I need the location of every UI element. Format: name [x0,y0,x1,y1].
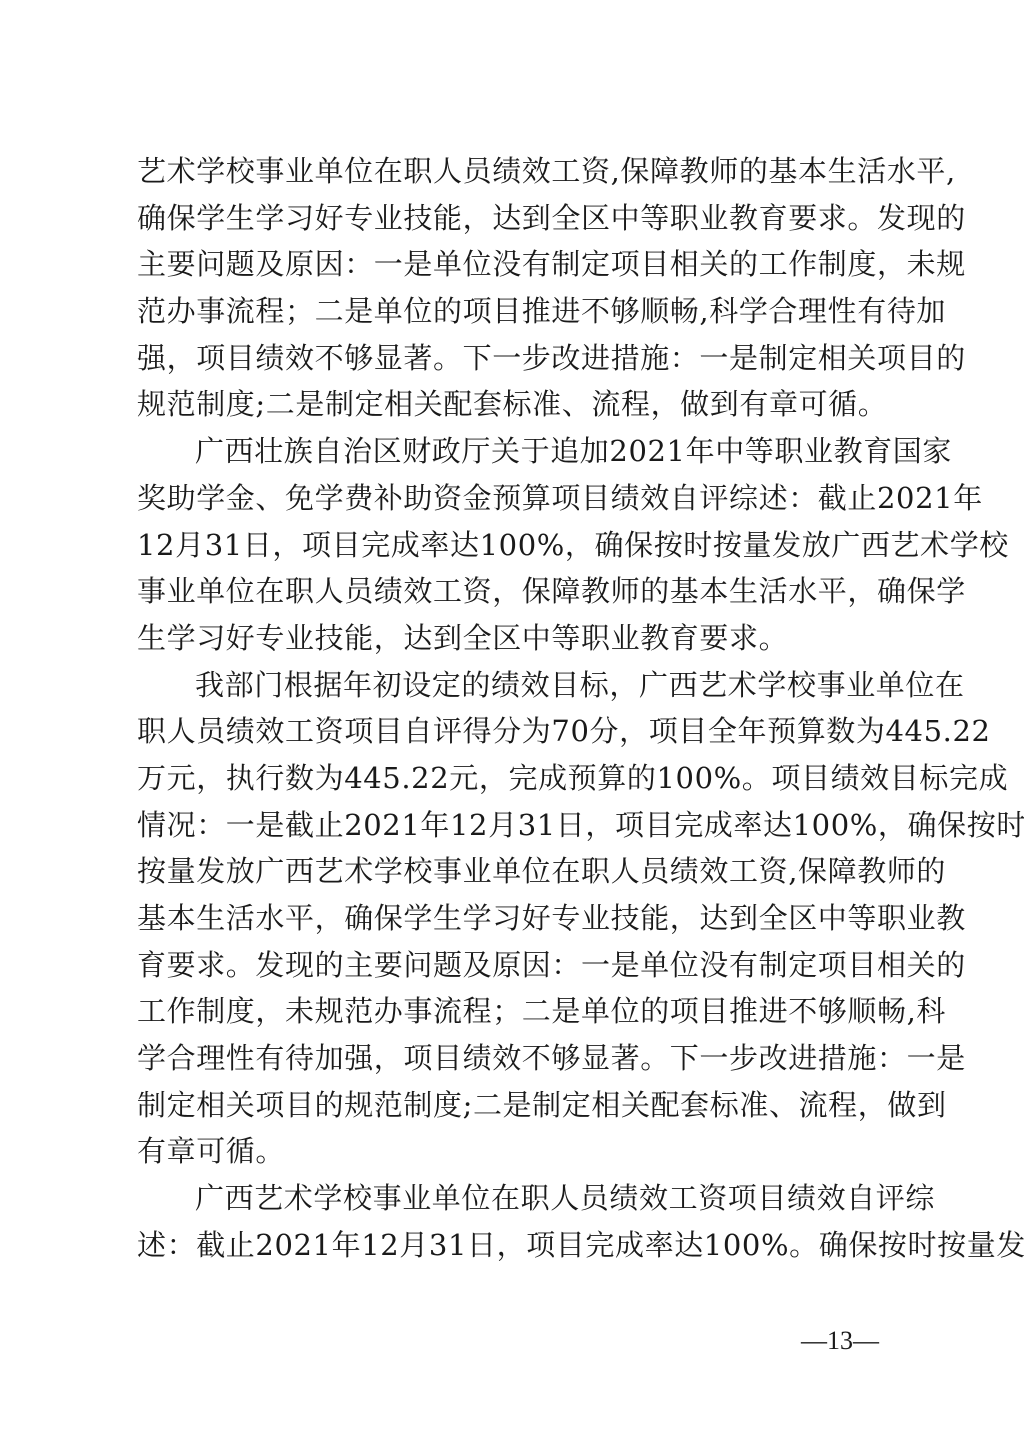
text-line: 12月31日，项目完成率达100%，确保按时按量发放广西艺术学校 [137,522,898,569]
paragraph-4: 广西艺术学校事业单位在职人员绩效工资项目绩效自评综 述：截止2021年12月31… [137,1175,898,1268]
paragraph-3: 我部门根据年初设定的绩效目标，广西艺术学校事业单位在 职人员绩效工资项目自评得分… [137,662,898,1176]
text-line: 事业单位在职人员绩效工资，保障教师的基本生活水平，确保学 [137,568,898,615]
text-line: 有章可循。 [137,1128,898,1175]
document-page: 艺术学校事业单位在职人员绩效工资,保障教师的基本生活水平, 确保学生学习好专业技… [0,0,1024,1448]
text-line: 制定相关项目的规范制度;二是制定相关配套标准、流程，做到 [137,1082,898,1129]
text-line: 广西壮族自治区财政厅关于追加2021年中等职业教育国家 [137,428,898,475]
text-line: 学合理性有待加强，项目绩效不够显著。下一步改进措施：一是 [137,1035,898,1082]
text-line: 情况：一是截止2021年12月31日，项目完成率达100%，确保按时 [137,802,898,849]
text-line: 基本生活水平，确保学生学习好专业技能，达到全区中等职业教 [137,895,898,942]
text-line: 工作制度，未规范办事流程；二是单位的项目推进不够顺畅,科 [137,988,898,1035]
page-number: —13— [800,1326,880,1356]
text-line: 强，项目绩效不够显著。下一步改进措施：一是制定相关项目的 [137,335,898,382]
body-text: 艺术学校事业单位在职人员绩效工资,保障教师的基本生活水平, 确保学生学习好专业技… [137,148,898,1269]
text-line: 确保学生学习好专业技能，达到全区中等职业教育要求。发现的 [137,195,898,242]
text-line: 职人员绩效工资项目自评得分为70分，项目全年预算数为445.22 [137,708,898,755]
text-line: 育要求。发现的主要问题及原因：一是单位没有制定项目相关的 [137,942,898,989]
text-line: 范办事流程；二是单位的项目推进不够顺畅,科学合理性有待加 [137,288,898,335]
text-line: 广西艺术学校事业单位在职人员绩效工资项目绩效自评综 [137,1175,898,1222]
text-line: 主要问题及原因：一是单位没有制定项目相关的工作制度，未规 [137,241,898,288]
text-line: 生学习好专业技能，达到全区中等职业教育要求。 [137,615,898,662]
text-line: 规范制度;二是制定相关配套标准、流程，做到有章可循。 [137,381,898,428]
text-line: 万元，执行数为445.22元，完成预算的100%。项目绩效目标完成 [137,755,898,802]
paragraph-2: 广西壮族自治区财政厅关于追加2021年中等职业教育国家 奖助学金、免学费补助资金… [137,428,898,661]
text-line: 艺术学校事业单位在职人员绩效工资,保障教师的基本生活水平, [137,148,898,195]
paragraph-1: 艺术学校事业单位在职人员绩效工资,保障教师的基本生活水平, 确保学生学习好专业技… [137,148,898,428]
text-line: 奖助学金、免学费补助资金预算项目绩效自评综述：截止2021年 [137,475,898,522]
text-line: 述：截止2021年12月31日，项目完成率达100%。确保按时按量发 [137,1222,898,1269]
text-line: 我部门根据年初设定的绩效目标，广西艺术学校事业单位在 [137,662,898,709]
text-line: 按量发放广西艺术学校事业单位在职人员绩效工资,保障教师的 [137,848,898,895]
